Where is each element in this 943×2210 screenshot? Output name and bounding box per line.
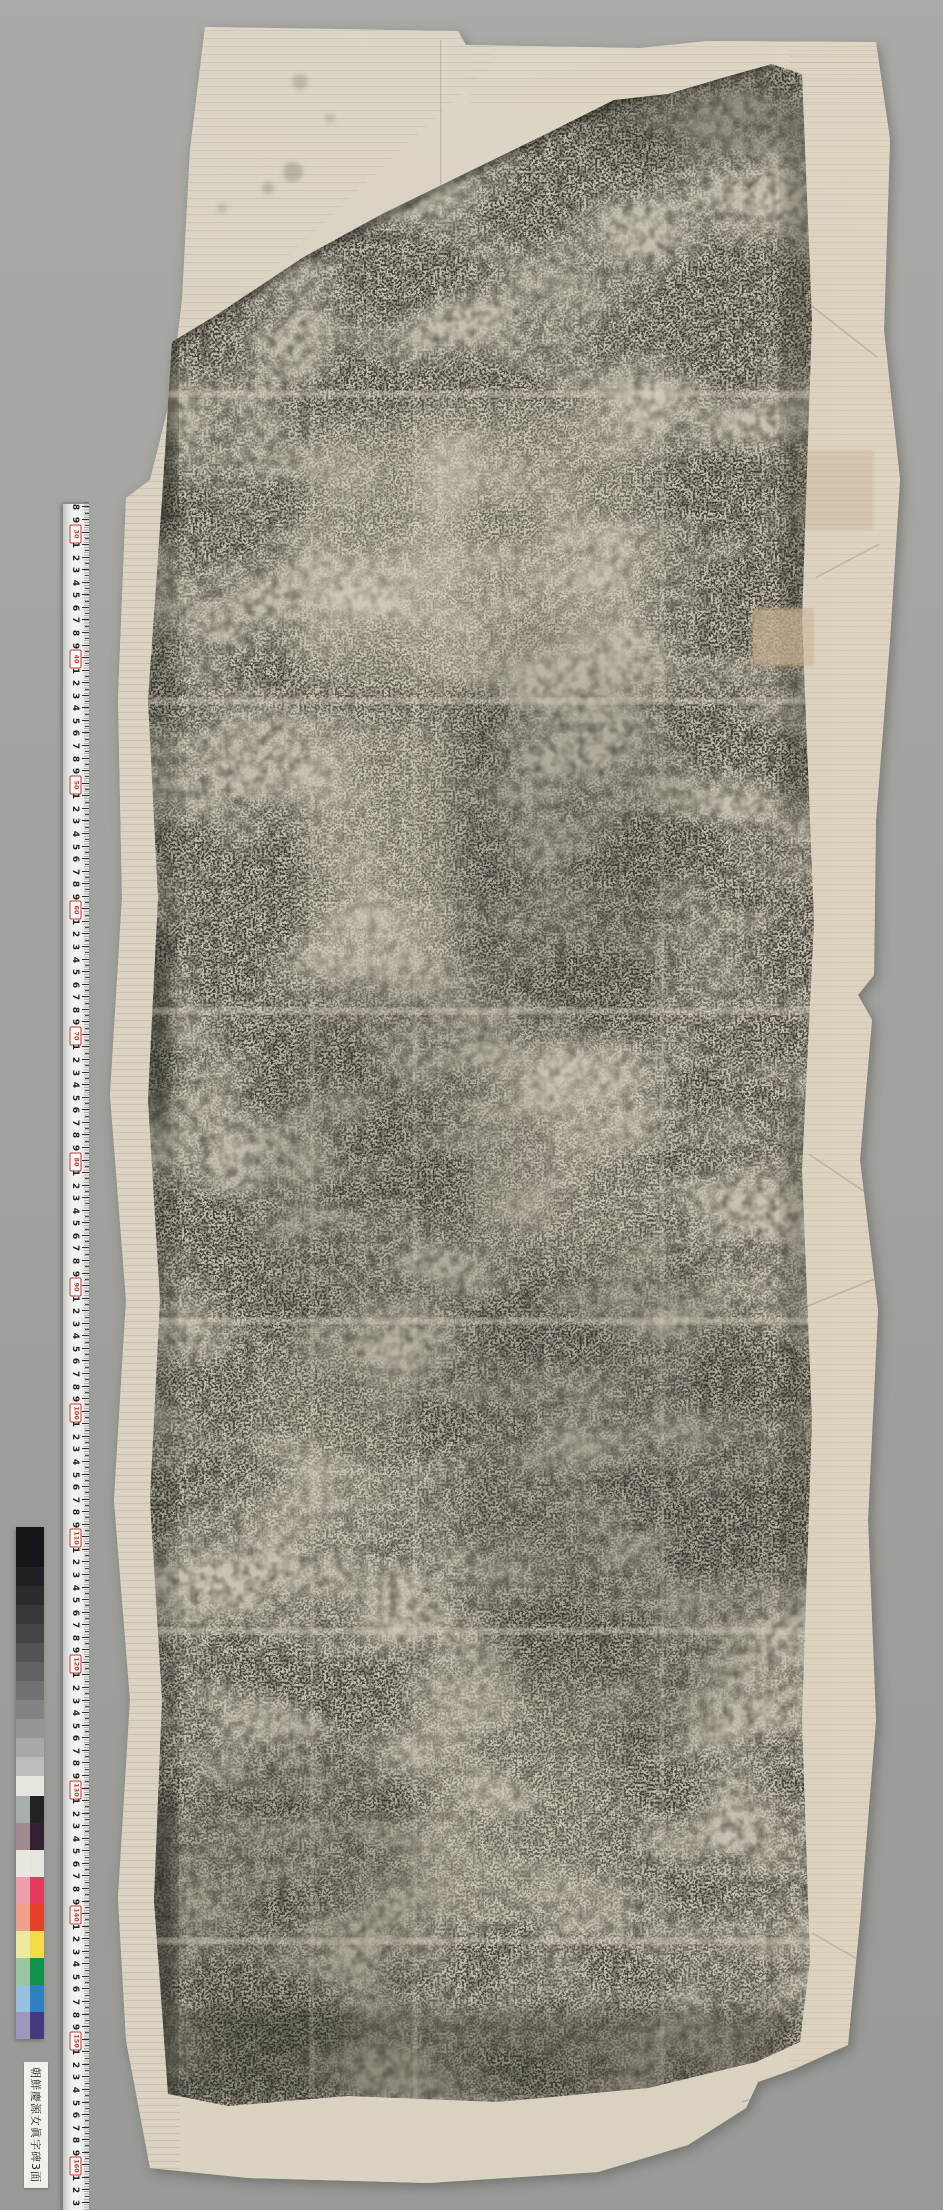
measuring-tape-ruler: 8930123456789401234567895012345678960123…	[63, 502, 89, 2210]
ruler-cm-tick	[82, 1474, 89, 1475]
ruler-half-cm-tick	[85, 1505, 89, 1506]
ruler-cm-tick	[82, 921, 89, 922]
ruler-half-cm-tick	[85, 2007, 89, 2008]
ruler-cm-tick	[82, 1084, 89, 1085]
ruler-cm-tick	[82, 2014, 89, 2015]
ruler-number: 8	[69, 627, 81, 639]
ruler-number: 1	[69, 1167, 81, 1179]
color-patch-left	[16, 1931, 30, 1958]
ruler-half-cm-tick	[85, 1254, 89, 1255]
color-patch-right	[30, 1823, 44, 1850]
ruler-number: 8	[69, 501, 81, 513]
ruler-number: 6	[69, 1481, 81, 1493]
ruler-half-cm-tick	[85, 1857, 89, 1858]
ruler-cm-tick	[82, 1725, 89, 1726]
ruler-half-cm-tick	[85, 814, 89, 815]
ruler-half-cm-tick	[85, 1945, 89, 1946]
ruler-half-cm-tick	[85, 1317, 89, 1318]
ruler-number: 7	[69, 1494, 81, 1506]
ruler-half-cm-tick	[85, 1342, 89, 1343]
ruler-number: 5	[69, 1971, 81, 1983]
ruler-cm-tick	[82, 795, 89, 796]
ruler-cm-tick	[82, 1788, 89, 1789]
ruler-cm-tick	[82, 2164, 89, 2165]
ruler-cm-tick	[82, 2089, 89, 2090]
ruler-cm-tick	[82, 846, 89, 847]
ruler-number: 6	[69, 1858, 81, 1870]
color-patch-right	[30, 1877, 44, 1904]
ruler-half-cm-tick	[85, 1015, 89, 1016]
ruler-cm-tick	[82, 1913, 89, 1914]
ruler-cm-tick	[82, 1624, 89, 1625]
rubbing-sheet-wrap	[0, 0, 943, 2210]
ruler-number: 8	[69, 1381, 81, 1393]
ruler-half-cm-tick	[85, 2120, 89, 2121]
ruler-half-cm-tick	[85, 663, 89, 664]
ruler-number: 8	[69, 753, 81, 765]
ruler-number: 4	[69, 1456, 81, 1468]
grayscale-step	[16, 1662, 44, 1681]
ruler-half-cm-tick	[85, 689, 89, 690]
ruler-number: 3	[69, 1192, 81, 1204]
ruler-cm-tick	[82, 682, 89, 683]
ruler-cm-tick	[82, 2177, 89, 2178]
color-patch-left	[16, 1850, 30, 1877]
ruler-number: 5	[69, 589, 81, 601]
ruler-number: 3	[69, 815, 81, 827]
ruler-number: 2	[69, 1933, 81, 1945]
ruler-half-cm-tick	[85, 2183, 89, 2184]
ruler-half-cm-tick	[85, 1404, 89, 1405]
ruler-cm-tick	[82, 770, 89, 771]
ruler-number: 6	[69, 979, 81, 991]
ruler-number: 5	[69, 1594, 81, 1606]
ruler-number: 7	[69, 2122, 81, 2134]
color-patch-left	[16, 1958, 30, 1985]
ruler-half-cm-tick	[85, 739, 89, 740]
ruler-half-cm-tick	[85, 1141, 89, 1142]
ruler-half-cm-tick	[85, 1643, 89, 1644]
ruler-number: 4	[69, 1205, 81, 1217]
ruler-cm-tick	[82, 1762, 89, 1763]
ruler-cm-tick	[82, 1612, 89, 1613]
ruler-cm-tick	[82, 519, 89, 520]
ruler-number: 1	[69, 1795, 81, 1807]
ruler-half-cm-tick	[85, 1367, 89, 1368]
ruler-cm-tick	[82, 1273, 89, 1274]
ruler-cm-tick	[82, 833, 89, 834]
ruler-number: 8	[69, 2134, 81, 2146]
ruler-half-cm-tick	[85, 751, 89, 752]
ruler-number: 6	[69, 602, 81, 614]
ruler-cm-tick	[82, 1122, 89, 1123]
ruler-number: 3	[69, 1946, 81, 1958]
ruler-number: 4	[69, 828, 81, 840]
ruler-cm-tick	[82, 1800, 89, 1801]
ruler-cm-tick	[82, 896, 89, 897]
ruler-cm-tick	[82, 1059, 89, 1060]
ruler-number: 4	[69, 1079, 81, 1091]
ruler-half-cm-tick	[85, 1216, 89, 1217]
ruler-cm-tick	[82, 745, 89, 746]
color-patch-left	[16, 1904, 30, 1931]
ruler-cm-tick	[82, 808, 89, 809]
column-stripe	[762, 60, 766, 2110]
ruler-number: 7	[69, 1619, 81, 1631]
ruler-cm-tick	[82, 1034, 89, 1035]
ruler-number: 3	[69, 1820, 81, 1832]
grayscale-step	[16, 1738, 44, 1757]
ruler-number: 4	[69, 2084, 81, 2096]
ruler-number: 6	[69, 853, 81, 865]
ruler-number: 6	[69, 1355, 81, 1367]
ruler-cm-tick	[82, 2001, 89, 2002]
ruler-number: 8	[69, 878, 81, 890]
ruler-number: 2	[69, 677, 81, 689]
ruler-half-cm-tick	[85, 927, 89, 928]
ruler-number: 1	[69, 2046, 81, 2058]
grayscale-step	[16, 1527, 44, 1567]
ruler-cm-tick	[82, 1486, 89, 1487]
ruler-cm-tick	[82, 1210, 89, 1211]
ruler-cm-tick	[82, 1335, 89, 1336]
ruler-cm-tick	[82, 1988, 89, 1989]
ruler-half-cm-tick	[85, 1078, 89, 1079]
ruler-half-cm-tick	[85, 550, 89, 551]
ruler-cm-tick	[82, 871, 89, 872]
ruler-number: 2	[69, 552, 81, 564]
ruler-number: 6	[69, 727, 81, 739]
ruler-cm-tick	[82, 1750, 89, 1751]
ruler-cm-tick	[82, 1373, 89, 1374]
ruler-number: 7	[69, 1745, 81, 1757]
ruler-half-cm-tick	[85, 1568, 89, 1569]
ruler-half-cm-tick	[85, 1329, 89, 1330]
ruler-number: 6	[69, 1607, 81, 1619]
ruler-half-cm-tick	[85, 2171, 89, 2172]
ruler-half-cm-tick	[85, 1693, 89, 1694]
ruler-number: 8	[69, 1004, 81, 1016]
ruler-number: 3	[69, 941, 81, 953]
ruler-half-cm-tick	[85, 802, 89, 803]
ruler-cm-tick	[82, 1021, 89, 1022]
ruler-cm-tick	[82, 2051, 89, 2052]
ruler-number: 5	[69, 715, 81, 727]
ruler-cm-tick	[82, 1360, 89, 1361]
color-patch-left	[16, 1823, 30, 1850]
ruler-half-cm-tick	[85, 1392, 89, 1393]
ruler-number: 8	[69, 1129, 81, 1141]
ruler-number: 8	[69, 1255, 81, 1267]
ruler-half-cm-tick	[85, 1178, 89, 1179]
ruler-cm-tick	[82, 1298, 89, 1299]
ruler-cm-tick	[82, 582, 89, 583]
ruler-half-cm-tick	[85, 965, 89, 966]
ruler-cm-tick	[82, 1448, 89, 1449]
ruler-half-cm-tick	[85, 1656, 89, 1657]
ruler-cm-tick	[82, 1549, 89, 1550]
ruler-number: 4	[69, 954, 81, 966]
ruler-half-cm-tick	[85, 1065, 89, 1066]
ruler-cm-tick	[82, 1901, 89, 1902]
ruler-half-cm-tick	[85, 601, 89, 602]
ruler-cm-tick	[82, 1587, 89, 1588]
ruler-cm-tick	[82, 1574, 89, 1575]
ruler-number: 2	[69, 803, 81, 815]
ruler-half-cm-tick	[85, 902, 89, 903]
ruler-half-cm-tick	[85, 1128, 89, 1129]
color-patch-right	[30, 1931, 44, 1958]
ruler-number: 5	[69, 841, 81, 853]
ruler-cm-tick	[82, 670, 89, 671]
ruler-half-cm-tick	[85, 1706, 89, 1707]
grayscale-step	[16, 1700, 44, 1719]
ruler-cm-tick	[82, 996, 89, 997]
ruler-cm-tick	[82, 506, 89, 507]
ruler-half-cm-tick	[85, 2020, 89, 2021]
ruler-number: 1	[69, 1921, 81, 1933]
ruler-number: 6	[69, 2109, 81, 2121]
ruler-half-cm-tick	[85, 1090, 89, 1091]
ruler-cm-tick	[82, 1674, 89, 1675]
color-patch-right	[30, 1958, 44, 1985]
ruler-half-cm-tick	[85, 952, 89, 953]
ruler-cm-tick	[82, 1963, 89, 1964]
ruler-half-cm-tick	[85, 1668, 89, 1669]
ruler-half-cm-tick	[85, 1681, 89, 1682]
ruler-number: 7	[69, 1996, 81, 2008]
ruler-number: 1	[69, 2172, 81, 2184]
artifact-label: 朝鮮慶源女眞字碑3面	[24, 2062, 48, 2188]
ruler-cm-tick	[82, 2114, 89, 2115]
ruler-cm-tick	[82, 1951, 89, 1952]
grayscale-step	[16, 1643, 44, 1662]
ruler-half-cm-tick	[85, 764, 89, 765]
ruler-number: 3	[69, 1695, 81, 1707]
ruler-half-cm-tick	[85, 714, 89, 715]
ruler-half-cm-tick	[85, 1279, 89, 1280]
ruler-cm-tick	[82, 1926, 89, 1927]
ruler-cm-tick	[82, 946, 89, 947]
ruler-half-cm-tick	[85, 1894, 89, 1895]
ruler-number: 1	[69, 790, 81, 802]
ruler-cm-tick	[82, 695, 89, 696]
color-patch-row	[16, 1823, 44, 1850]
color-patch-row	[16, 1904, 44, 1931]
ruler-cm-tick	[82, 557, 89, 558]
ruler-cm-tick	[82, 1348, 89, 1349]
ruler-half-cm-tick	[85, 1191, 89, 1192]
color-patch-left	[16, 1985, 30, 2012]
ruler-cm-tick	[82, 1185, 89, 1186]
ruler-cm-tick	[82, 1160, 89, 1161]
ruler-number: 5	[69, 966, 81, 978]
ruler-half-cm-tick	[85, 1430, 89, 1431]
ruler-half-cm-tick	[85, 563, 89, 564]
ruler-number: 1	[69, 1293, 81, 1305]
ruler-number: 3	[69, 2071, 81, 2083]
ruler-half-cm-tick	[85, 2158, 89, 2159]
ruler-cm-tick	[82, 645, 89, 646]
ruler-half-cm-tick	[85, 2045, 89, 2046]
color-patch-row	[16, 1850, 44, 1877]
color-patch-row	[16, 1877, 44, 1904]
grayscale-step	[16, 1586, 44, 1605]
ruler-number: 4	[69, 1707, 81, 1719]
ruler-half-cm-tick	[85, 513, 89, 514]
ruler-half-cm-tick	[85, 676, 89, 677]
ruler-number: 8	[69, 1757, 81, 1769]
ruler-number: 8	[69, 1883, 81, 1895]
ruler-cm-tick	[82, 1599, 89, 1600]
photo-backdrop: 8930123456789401234567895012345678960123…	[0, 0, 943, 2210]
ruler-cm-tick	[82, 1461, 89, 1462]
ruler-cm-tick	[82, 619, 89, 620]
ruler-cm-tick	[82, 607, 89, 608]
ruler-cm-tick	[82, 2039, 89, 2040]
ruler-cm-tick	[82, 1398, 89, 1399]
ruler-number: 5	[69, 1469, 81, 1481]
ruler-half-cm-tick	[85, 1417, 89, 1418]
ruler-half-cm-tick	[85, 1153, 89, 1154]
ruler-half-cm-tick	[85, 1354, 89, 1355]
ruler-number: 2	[69, 1808, 81, 1820]
ruler-number: 2	[69, 928, 81, 940]
ruler-half-cm-tick	[85, 1467, 89, 1468]
grayscale-white-patch	[16, 1776, 44, 1796]
ruler-number: 5	[69, 1720, 81, 1732]
ruler-half-cm-tick	[85, 1442, 89, 1443]
ruler-cm-tick	[82, 1938, 89, 1939]
ruler-cm-tick	[82, 2064, 89, 2065]
ruler-number: 4	[69, 1582, 81, 1594]
ruler-cm-tick	[82, 2076, 89, 2077]
ruler-half-cm-tick	[85, 1304, 89, 1305]
ruler-number: 3	[69, 2197, 81, 2209]
ruler-number: 5	[69, 1217, 81, 1229]
ruler-half-cm-tick	[85, 1480, 89, 1481]
ruler-number: 1	[69, 916, 81, 928]
ruler-half-cm-tick	[85, 1982, 89, 1983]
ruler-cm-tick	[82, 1662, 89, 1663]
ruler-cm-tick	[82, 1511, 89, 1512]
ruler-half-cm-tick	[85, 1957, 89, 1958]
ruler-half-cm-tick	[85, 538, 89, 539]
ruler-cm-tick	[82, 1536, 89, 1537]
ruler-cm-tick	[82, 1838, 89, 1839]
ruler-cm-tick	[82, 1260, 89, 1261]
ruler-number: 7	[69, 1242, 81, 1254]
ruler-half-cm-tick	[85, 1028, 89, 1029]
ruler-half-cm-tick	[85, 1781, 89, 1782]
ruler-cm-tick	[82, 1700, 89, 1701]
ruler-number: 7	[69, 740, 81, 752]
ruler-cm-tick	[82, 971, 89, 972]
ruler-half-cm-tick	[85, 889, 89, 890]
ruler-half-cm-tick	[85, 852, 89, 853]
ruler-number: 2	[69, 1180, 81, 1192]
ruler-number: 7	[69, 1368, 81, 1380]
ruler-number: 6	[69, 1230, 81, 1242]
color-patch-right	[30, 1796, 44, 1823]
ruler-number: 1	[69, 665, 81, 677]
ruler-half-cm-tick	[85, 1003, 89, 1004]
ruler-cm-tick	[82, 2139, 89, 2140]
ruler-cm-tick	[82, 1411, 89, 1412]
ruler-half-cm-tick	[85, 1907, 89, 1908]
ruler-cm-tick	[82, 984, 89, 985]
ruler-half-cm-tick	[85, 1203, 89, 1204]
ruler-half-cm-tick	[85, 613, 89, 614]
color-patch-row	[16, 1796, 44, 1823]
ruler-cm-tick	[82, 1046, 89, 1047]
ruler-cm-tick	[82, 1285, 89, 1286]
ruler-half-cm-tick	[85, 651, 89, 652]
ruler-half-cm-tick	[85, 1543, 89, 1544]
grayscale-step	[16, 1719, 44, 1738]
column-stripe	[690, 60, 694, 2110]
ruler-half-cm-tick	[85, 1806, 89, 1807]
ruler-number: 1	[69, 1418, 81, 1430]
ruler-cm-tick	[82, 783, 89, 784]
ruler-half-cm-tick	[85, 1995, 89, 1996]
column-stripe	[654, 60, 658, 2110]
ruler-half-cm-tick	[85, 726, 89, 727]
ruler-half-cm-tick	[85, 1492, 89, 1493]
ruler-number: 7	[69, 1870, 81, 1882]
color-calibration-chart	[16, 1527, 44, 2039]
grayscale-step	[16, 1567, 44, 1586]
ruler-cm-tick	[82, 959, 89, 960]
ruler-number: 6	[69, 1983, 81, 1995]
color-patch-right	[30, 1850, 44, 1877]
ruler-half-cm-tick	[85, 1882, 89, 1883]
ruler-number: 5	[69, 2097, 81, 2109]
color-patch-right	[30, 1904, 44, 1931]
color-patch-row	[16, 1931, 44, 1958]
ruler-cm-tick	[82, 1109, 89, 1110]
ruler-cm-tick	[82, 883, 89, 884]
ruler-half-cm-tick	[85, 1932, 89, 1933]
ruler-half-cm-tick	[85, 2095, 89, 2096]
color-patch-row	[16, 1985, 44, 2012]
grayscale-step	[16, 1681, 44, 1700]
ruler-number: 5	[69, 1343, 81, 1355]
ruler-half-cm-tick	[85, 1266, 89, 1267]
ruler-number: 5	[69, 1845, 81, 1857]
ruler-cm-tick	[82, 1310, 89, 1311]
ruler-half-cm-tick	[85, 1166, 89, 1167]
ruler-cm-tick	[82, 1687, 89, 1688]
ruler-cm-tick	[82, 1813, 89, 1814]
ruler-half-cm-tick	[85, 1919, 89, 1920]
ruler-half-cm-tick	[85, 525, 89, 526]
ink-rubbing-texture	[0, 0, 943, 2210]
ruler-number: 2	[69, 2059, 81, 2071]
ruler-half-cm-tick	[85, 1605, 89, 1606]
ruler-cm-tick	[82, 594, 89, 595]
ruler-cm-tick	[82, 1222, 89, 1223]
ruler-half-cm-tick	[85, 1053, 89, 1054]
ruler-cm-tick	[82, 732, 89, 733]
ruler-cm-tick	[82, 1637, 89, 1638]
color-patch-left	[16, 2012, 30, 2039]
ruler-half-cm-tick	[85, 1631, 89, 1632]
ruler-cm-tick	[82, 1888, 89, 1889]
ruler-half-cm-tick	[85, 877, 89, 878]
ruler-half-cm-tick	[85, 1530, 89, 1531]
ruler-cm-tick	[82, 1850, 89, 1851]
